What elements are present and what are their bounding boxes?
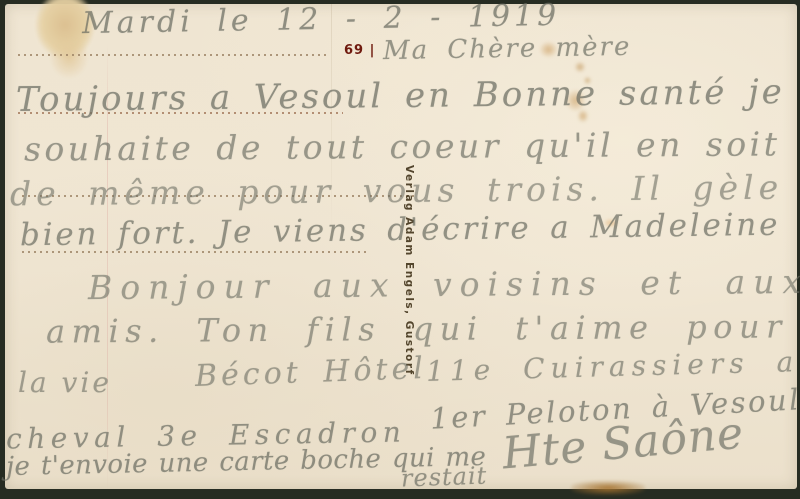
handwritten-line: Toujours a Vesoul en Bonne santé je <box>16 72 785 120</box>
handwritten-salutation: Ma Chère mère <box>383 32 632 66</box>
handwritten-line: de même pour vous trois. Il gèle <box>10 168 783 214</box>
printed-serial-number: 69 | <box>344 43 375 58</box>
postcard-scan: 69 | Verlag Adam Engels, Gustorf Mardi l… <box>0 0 800 499</box>
handwritten-line: Bonjour aux voisins et aux <box>88 262 800 307</box>
handwritten-line: amis. Ton fils qui t'aime pour <box>46 307 788 350</box>
handwritten-line: la vie <box>18 366 112 399</box>
stain-top-left-halo <box>50 36 88 78</box>
stain-dot <box>575 62 585 72</box>
handwritten-line: restait <box>401 462 488 493</box>
handwritten-line: souhaite de tout coeur qu'il en soit <box>24 124 781 168</box>
printed-dotted-line <box>18 54 328 56</box>
stain-bottom-edge <box>571 481 645 495</box>
